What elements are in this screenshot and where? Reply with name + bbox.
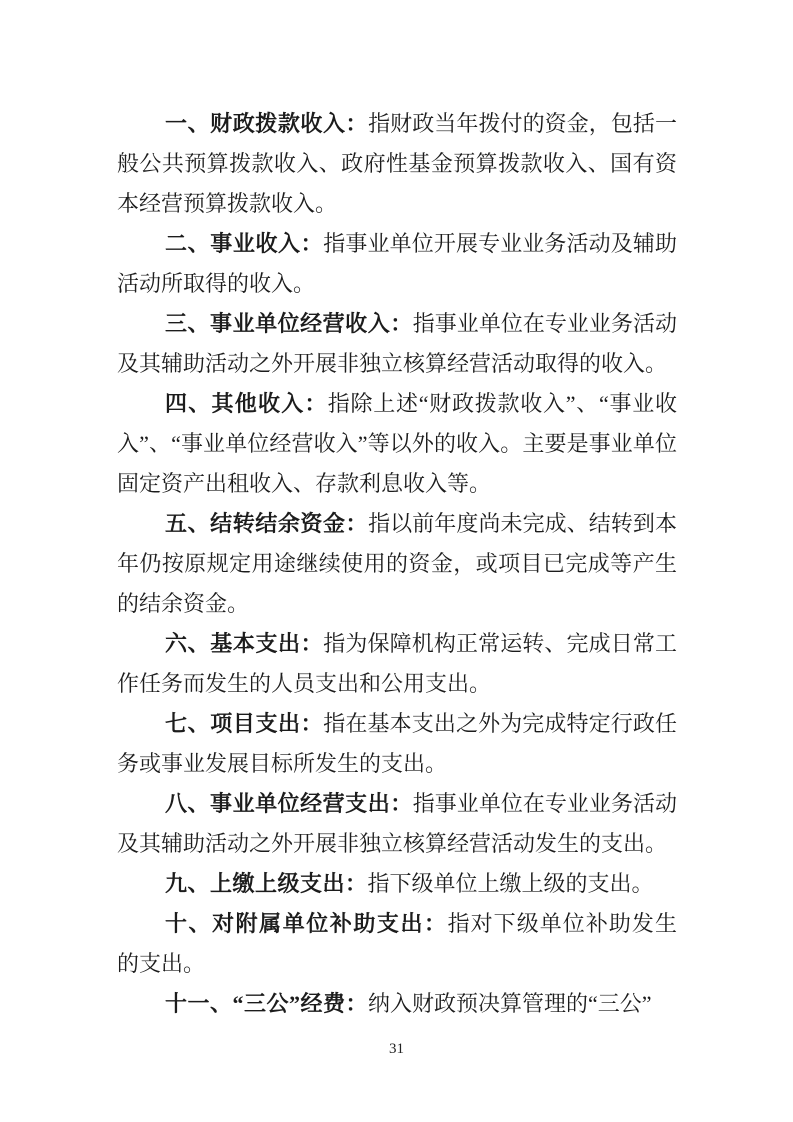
term-label: 九、上缴上级支出： xyxy=(165,871,368,896)
term-label: 三、事业单位经营收入： xyxy=(165,311,413,336)
term-definition: 纳入财政预决算管理的“三公” xyxy=(368,991,652,1016)
definition-paragraph: 十一、“三公”经费：纳入财政预决算管理的“三公” xyxy=(117,984,677,1024)
definition-paragraph: 六、基本支出：指为保障机构正常运转、完成日常工作任务而发生的人员支出和公用支出。 xyxy=(117,624,677,704)
definition-paragraph: 八、事业单位经营支出：指事业单位在专业业务活动及其辅助活动之外开展非独立核算经营… xyxy=(117,784,677,864)
term-label: 四、其他收入： xyxy=(165,391,328,416)
definition-paragraph: 十、对附属单位补助支出：指对下级单位补助发生的支出。 xyxy=(117,904,677,984)
term-label: 二、事业收入： xyxy=(165,231,323,256)
definition-paragraph: 三、事业单位经营收入：指事业单位在专业业务活动及其辅助活动之外开展非独立核算经营… xyxy=(117,304,677,384)
term-label: 七、项目支出： xyxy=(165,711,323,736)
definition-paragraph: 五、结转结余资金：指以前年度尚未完成、结转到本年仍按原规定用途继续使用的资金，或… xyxy=(117,504,677,624)
definition-paragraph: 七、项目支出：指在基本支出之外为完成特定行政任务或事业发展目标所发生的支出。 xyxy=(117,704,677,784)
term-label: 十、对附属单位补助支出： xyxy=(165,911,448,936)
document-page: 一、财政拨款收入：指财政当年拨付的资金，包括一般公共预算拨款收入、政府性基金预算… xyxy=(0,0,793,1122)
term-label: 六、基本支出： xyxy=(165,631,323,656)
term-label: 八、事业单位经营支出： xyxy=(165,791,413,816)
definition-paragraph: 四、其他收入：指除上述“财政拨款收入”、“事业收入”、“事业单位经营收入”等以外… xyxy=(117,384,677,504)
term-label: 十一、“三公”经费： xyxy=(165,991,368,1016)
definition-paragraph: 二、事业收入：指事业单位开展专业业务活动及辅助活动所取得的收入。 xyxy=(117,224,677,304)
term-label: 一、财政拨款收入： xyxy=(165,111,368,136)
page-number: 31 xyxy=(0,1039,793,1059)
term-definition: 指下级单位上缴上级的支出。 xyxy=(368,871,654,896)
term-label: 五、结转结余资金： xyxy=(165,511,368,536)
definition-paragraph: 一、财政拨款收入：指财政当年拨付的资金，包括一般公共预算拨款收入、政府性基金预算… xyxy=(117,104,677,224)
definition-paragraph: 九、上缴上级支出：指下级单位上缴上级的支出。 xyxy=(117,864,677,904)
definitions-section: 一、财政拨款收入：指财政当年拨付的资金，包括一般公共预算拨款收入、政府性基金预算… xyxy=(117,104,677,1024)
